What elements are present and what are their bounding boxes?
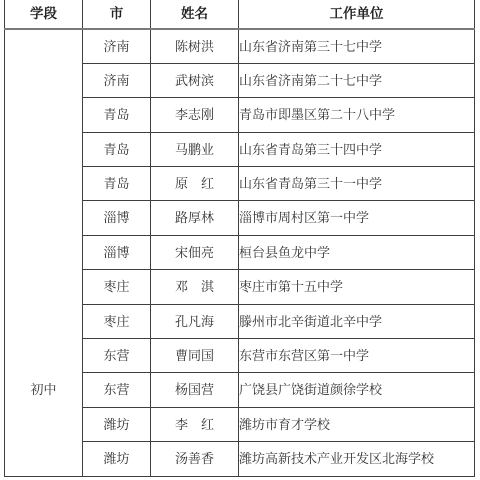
unit-cell: 淄博市周村区第一中学 <box>239 201 475 235</box>
unit-cell: 山东省青岛第三十一中学 <box>239 167 475 201</box>
name-cell: 陈树洪 <box>151 29 239 63</box>
unit-cell: 青岛市即墨区第二十八中学 <box>239 98 475 132</box>
header-row: 学段 市 姓名 工作单位 <box>5 0 475 29</box>
stage-label: 初中 <box>5 382 82 398</box>
name-cell: 宋佃亮 <box>151 235 239 269</box>
table-row: 初中 济南 陈树洪 山东省济南第三十七中学 <box>5 29 475 63</box>
city-cell: 潍坊 <box>83 442 151 476</box>
name-cell: 曹同国 <box>151 339 239 373</box>
city-cell: 青岛 <box>83 167 151 201</box>
city-cell: 济南 <box>83 29 151 63</box>
header-city: 市 <box>83 0 151 29</box>
page: 学段 市 姓名 工作单位 初中 济南 陈树洪 山东省济南第三十七中学 济南 武树… <box>0 0 480 480</box>
header-name: 姓名 <box>151 0 239 29</box>
header-unit: 工作单位 <box>239 0 475 29</box>
name-cell: 原 红 <box>151 167 239 201</box>
name-cell: 孔凡海 <box>151 304 239 338</box>
city-cell: 潍坊 <box>83 407 151 441</box>
unit-cell: 山东省济南第三十七中学 <box>239 29 475 63</box>
name-cell: 李 红 <box>151 407 239 441</box>
city-cell: 淄博 <box>83 235 151 269</box>
name-cell: 汤善香 <box>151 442 239 476</box>
unit-cell: 潍坊高新技术产业开发区北海学校 <box>239 442 475 476</box>
city-cell: 东营 <box>83 373 151 407</box>
city-cell: 青岛 <box>83 132 151 166</box>
header-stage: 学段 <box>5 0 83 29</box>
unit-cell: 广饶县广饶街道颜徐学校 <box>239 373 475 407</box>
name-cell: 杨国营 <box>151 373 239 407</box>
unit-cell: 山东省青岛第三十四中学 <box>239 132 475 166</box>
unit-cell: 山东省济南第二十七中学 <box>239 63 475 97</box>
name-cell: 马鹏业 <box>151 132 239 166</box>
unit-cell: 东营市东营区第一中学 <box>239 339 475 373</box>
unit-cell: 滕州市北辛街道北辛中学 <box>239 304 475 338</box>
unit-cell: 桓台县鱼龙中学 <box>239 235 475 269</box>
city-cell: 枣庄 <box>83 270 151 304</box>
name-cell: 武树滨 <box>151 63 239 97</box>
unit-cell: 潍坊市育才学校 <box>239 407 475 441</box>
name-cell: 路厚林 <box>151 201 239 235</box>
city-cell: 济南 <box>83 63 151 97</box>
city-cell: 枣庄 <box>83 304 151 338</box>
teachers-table: 学段 市 姓名 工作单位 初中 济南 陈树洪 山东省济南第三十七中学 济南 武树… <box>4 0 475 477</box>
name-cell: 李志刚 <box>151 98 239 132</box>
name-cell: 邓 淇 <box>151 270 239 304</box>
city-cell: 淄博 <box>83 201 151 235</box>
unit-cell: 枣庄市第十五中学 <box>239 270 475 304</box>
stage-cell: 初中 <box>5 29 83 476</box>
city-cell: 东营 <box>83 339 151 373</box>
city-cell: 青岛 <box>83 98 151 132</box>
